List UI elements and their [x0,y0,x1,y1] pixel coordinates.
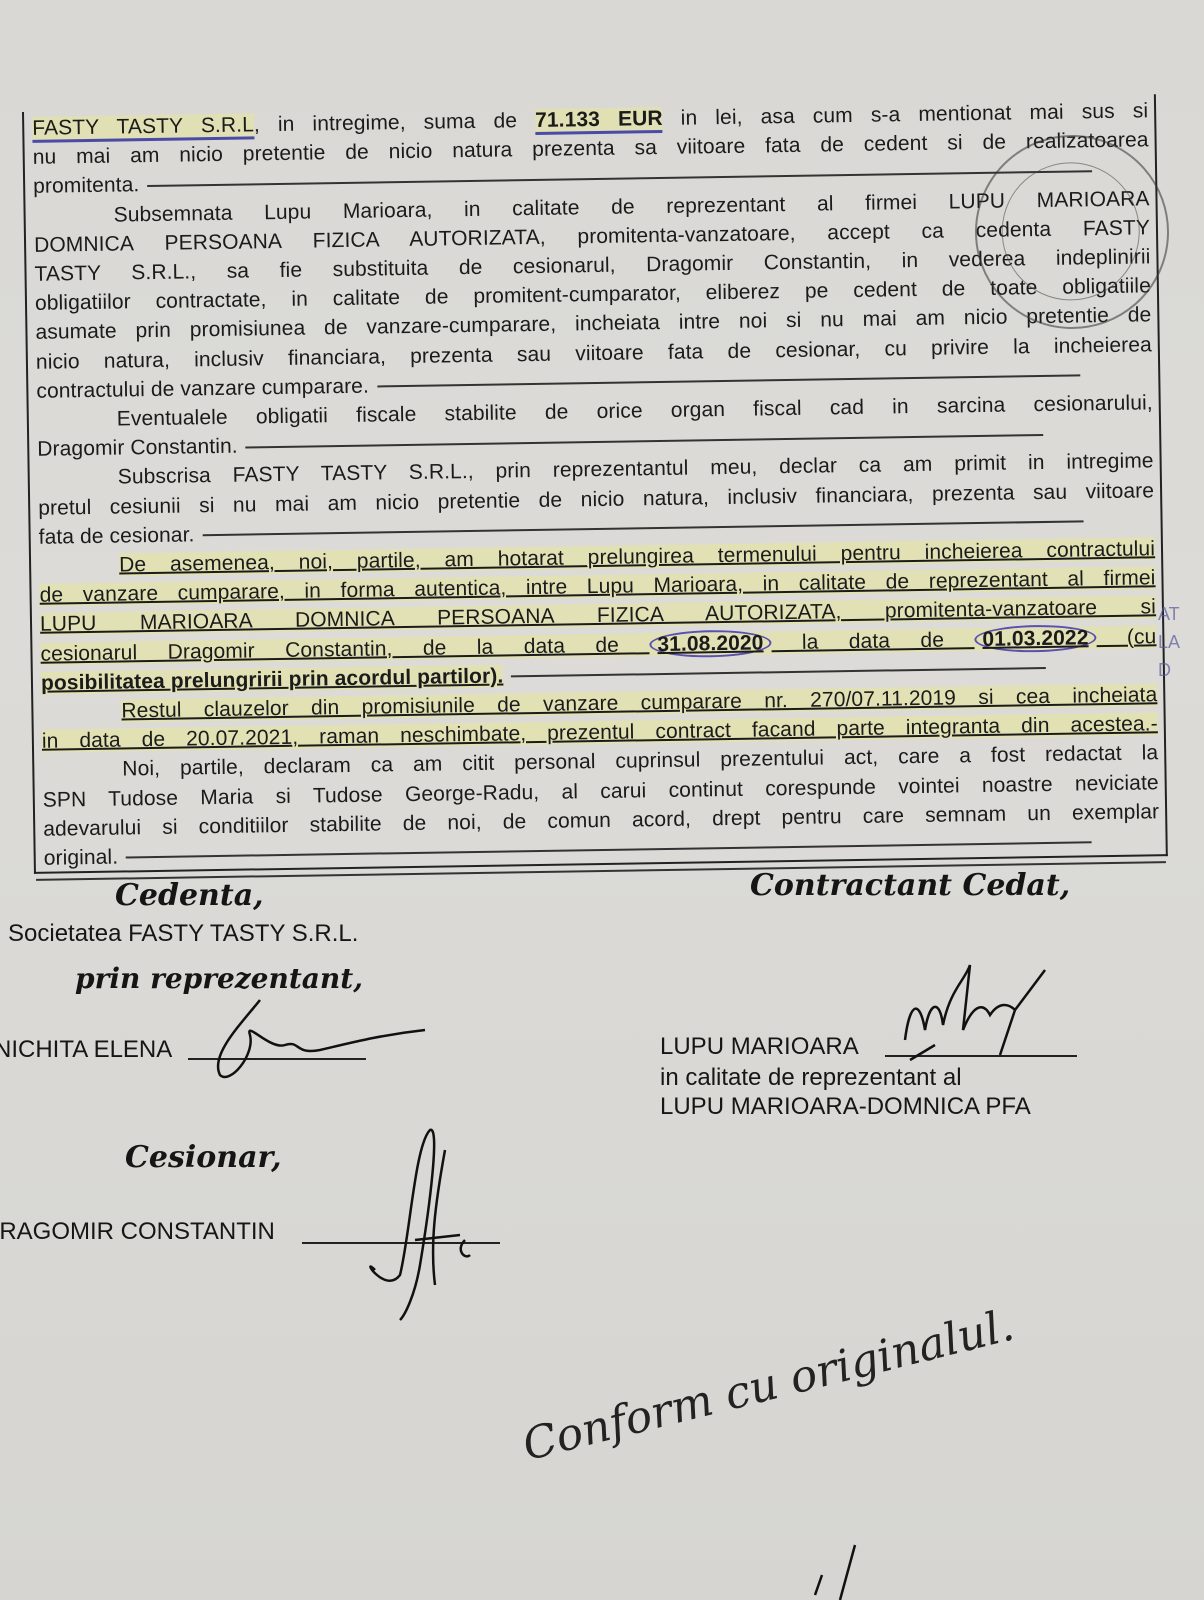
filler-rule [202,521,1083,537]
cesionar-label: Cesionar, [125,1140,282,1175]
contractant-entity: LUPU MARIOARA-DOMNICA PFA [660,1093,1031,1121]
document-page: FASTY TASTY S.R.L, in intregime, suma de… [0,0,1204,1600]
handwritten-certification: Conform cu originalul. [518,1300,1019,1471]
filler-rule [246,434,1043,449]
handwritten-mark [800,1545,880,1600]
cesionar-name: DRAGOMIR CONSTANTIN [0,1218,275,1246]
contractant-signature [895,960,1055,1070]
margin-note: AT LA D [1158,600,1180,684]
cedent-company: Societatea FASTY TASTY S.R.L. [8,920,358,948]
contractant-role: in calitate de reprezentant al [660,1064,962,1092]
cedent-label: Cedenta, [115,878,264,913]
filler-rule [511,667,1046,677]
cesionar-signature [355,1125,485,1325]
contractant-name: LUPU MARIOARA [660,1033,859,1061]
cedent-signature [200,995,430,1090]
filler-rule [126,842,1091,859]
contractant-label: Contractant Cedat, [750,868,1070,903]
filler-rule [377,375,1080,388]
filler-rule [147,170,1091,187]
cedent-name: NICHITA ELENA [0,1036,172,1064]
cedent-via: prin reprezentant, [75,962,363,995]
